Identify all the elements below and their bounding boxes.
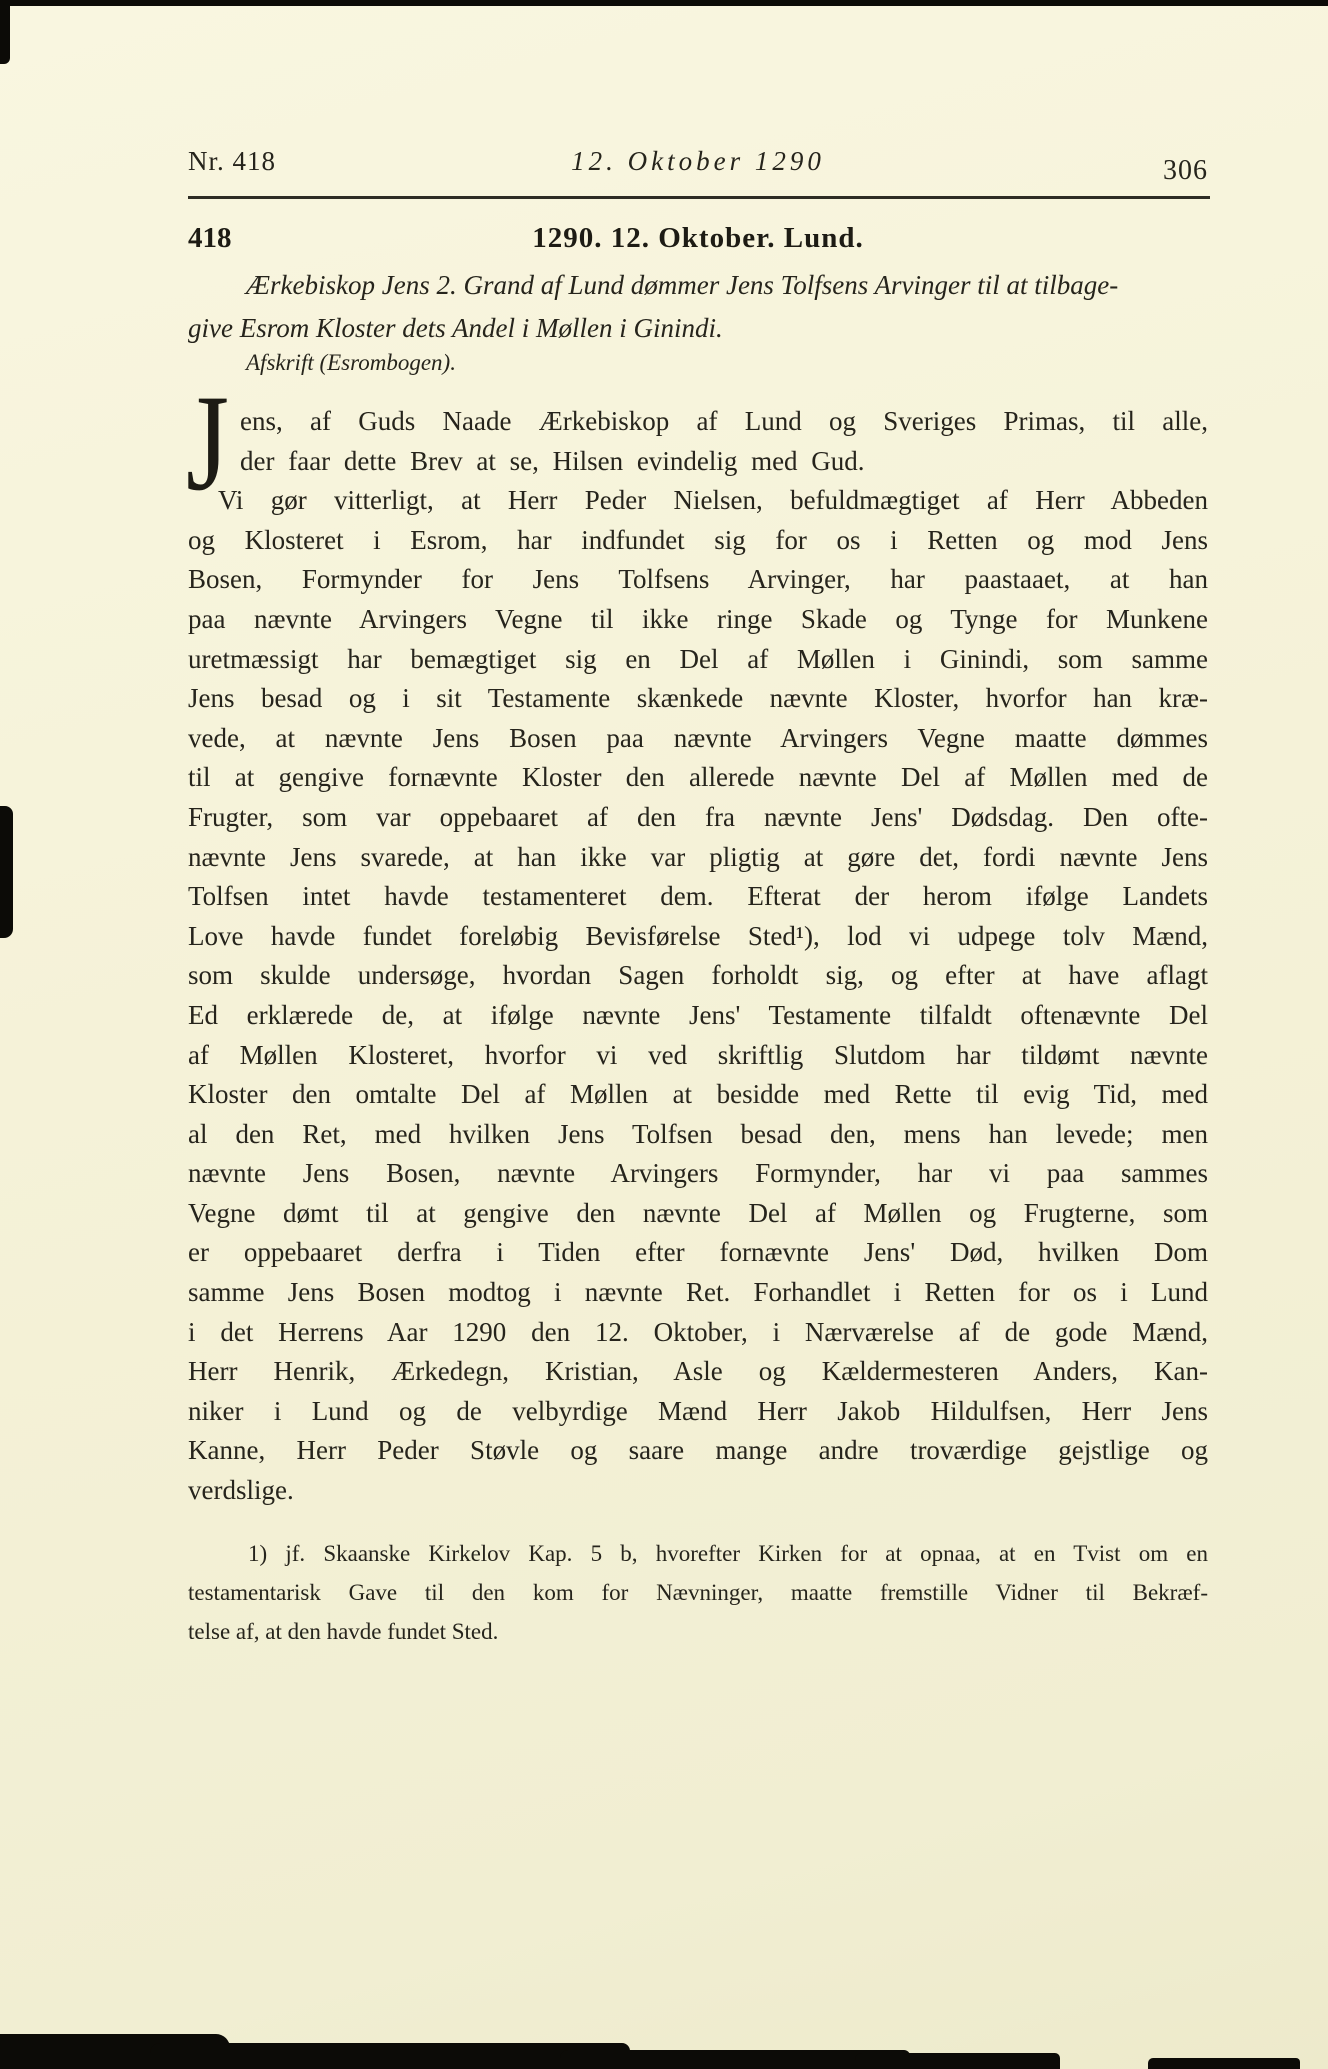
body-line: nævnte Jens Bosen, nævnte Arvingers Form… bbox=[188, 1154, 1208, 1194]
body-line: vede, at nævnte Jens Bosen paa nævnte Ar… bbox=[188, 719, 1208, 759]
summary-line: Ærkebiskop Jens 2. Grand af Lund dømmer … bbox=[188, 264, 1208, 307]
body-line: Kanne, Herr Peder Støvle og saare mange … bbox=[188, 1431, 1208, 1471]
page-number: 306 bbox=[1163, 155, 1208, 187]
footnote-line: 1) jf. Skaanske Kirkelov Kap. 5 b, hvore… bbox=[188, 1534, 1208, 1573]
entry-number: 418 bbox=[188, 222, 232, 255]
body-line: i det Herrens Aar 1290 den 12. Oktober, … bbox=[188, 1313, 1208, 1353]
body-line: niker i Lund og de velbyrdige Mænd Herr … bbox=[188, 1392, 1208, 1432]
running-header: Nr. 418 12. Oktober 1290 306 bbox=[188, 146, 1208, 188]
scan-artifact-top-left bbox=[0, 0, 10, 64]
summary-line: give Esrom Kloster dets Andel i Møllen i… bbox=[188, 307, 1208, 350]
scan-artifact-left-edge bbox=[0, 806, 13, 938]
body-line: Vegne dømt til at gengive den nævnte Del… bbox=[188, 1194, 1208, 1234]
body-line: paa nævnte Arvingers Vegne til ikke ring… bbox=[188, 600, 1208, 640]
body-line: verdslige. bbox=[188, 1471, 1208, 1511]
body-line: al den Ret, med hvilken Jens Tolfsen bes… bbox=[188, 1115, 1208, 1155]
body-line: samme Jens Bosen modtog i nævnte Ret. Fo… bbox=[188, 1273, 1208, 1313]
body-line: Herr Henrik, Ærkedegn, Kristian, Asle og… bbox=[188, 1352, 1208, 1392]
scanned-page: Nr. 418 12. Oktober 1290 306 418 1290. 1… bbox=[0, 0, 1328, 2069]
entry-number-running: Nr. 418 bbox=[188, 146, 276, 177]
body-line: Jens besad og i sit Testamente skænkede … bbox=[188, 679, 1208, 719]
body-line: Vi gør vitterligt, at Herr Peder Nielsen… bbox=[188, 481, 1208, 521]
body-line: Love havde fundet foreløbig Bevisførelse… bbox=[188, 917, 1208, 957]
entry-heading: 418 1290. 12. Oktober. Lund. bbox=[188, 222, 1208, 255]
body-line: som skulde undersøge, hvordan Sagen forh… bbox=[188, 956, 1208, 996]
body-line: til at gengive fornævnte Kloster den all… bbox=[188, 758, 1208, 798]
source-note: Afskrift (Esrombogen). bbox=[188, 350, 1208, 376]
body-line: Bosen, Formynder for Jens Tolfsens Arvin… bbox=[188, 560, 1208, 600]
header-rule bbox=[188, 196, 1210, 199]
body-line: Tolfsen intet havde testamenteret dem. E… bbox=[188, 877, 1208, 917]
entry-title: 1290. 12. Oktober. Lund. bbox=[188, 222, 1208, 255]
running-title: 12. Oktober 1290 bbox=[571, 146, 825, 177]
body-line: Frugter, som var oppebaaret af den fra n… bbox=[188, 798, 1208, 838]
body-line: nævnte Jens svarede, at han ikke var pli… bbox=[188, 838, 1208, 878]
body-line: Ed erklærede de, at ifølge nævnte Jens' … bbox=[188, 996, 1208, 1036]
footnote: 1) jf. Skaanske Kirkelov Kap. 5 b, hvore… bbox=[188, 1534, 1208, 1651]
body-line: og Klosteret i Esrom, har indfundet sig … bbox=[188, 521, 1208, 561]
entry-summary: Ærkebiskop Jens 2. Grand af Lund dømmer … bbox=[188, 264, 1208, 350]
body-line: af Møllen Klosteret, hvorfor vi ved skri… bbox=[188, 1036, 1208, 1076]
body-line: er oppebaaret derfra i Tiden efter fornæ… bbox=[188, 1233, 1208, 1273]
body-line: der faar dette Brev at se, Hilsen evinde… bbox=[188, 442, 1208, 482]
body-line: uretmæssigt har bemægtiget sig en Del af… bbox=[188, 640, 1208, 680]
drop-cap: J bbox=[186, 374, 229, 512]
footnote-line: telse af, at den havde fundet Sted. bbox=[188, 1612, 1208, 1651]
body-text: J ens, af Guds Naade Ærkebiskop af Lund … bbox=[188, 402, 1208, 1511]
footnote-line: testamentarisk Gave til den kom for Nævn… bbox=[188, 1573, 1208, 1612]
text-column: Nr. 418 12. Oktober 1290 306 418 1290. 1… bbox=[188, 0, 1208, 2069]
body-line: Kloster den omtalte Del af Møllen at bes… bbox=[188, 1075, 1208, 1115]
body-line: ens, af Guds Naade Ærkebiskop af Lund og… bbox=[188, 402, 1208, 442]
